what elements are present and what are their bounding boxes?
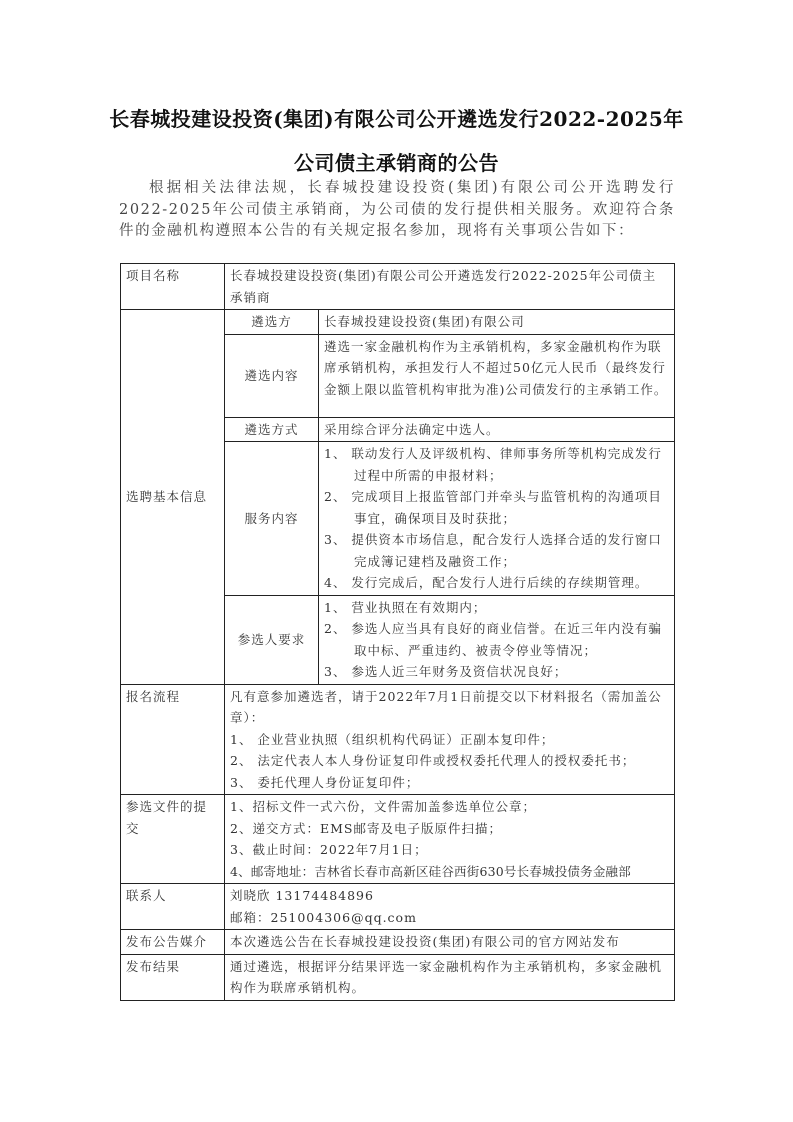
value-project-name: 长春城投建设投资(集团)有限公司公开遴选发行2022-2025年公司债主承销商 [225, 264, 675, 310]
registration-intro: 凡有意参加遴选者，请于2022年7月1日前提交以下材料报名（需加盖公章）： [230, 686, 669, 729]
label-basic-info: 选聘基本信息 [121, 310, 225, 685]
row-project-name: 项目名称 长春城投建设投资(集团)有限公司公开遴选发行2022-2025年公司债… [121, 264, 675, 310]
row-contact: 联系人 刘晓欣 13174484896 邮箱：251004306@qq.com [121, 884, 675, 930]
row-media: 发布公告媒介 本次遴选公告在长春城投建设投资(集团)有限公司的官方网站发布 [121, 930, 675, 955]
label-registration: 报名流程 [121, 684, 225, 795]
document-title-line-2: 公司债主承销商的公告 [0, 147, 793, 176]
value-result: 通过遴选，根据评分结果评选一家金融机构作为主承销机构，多家金融机构作为联席承销机… [225, 954, 675, 1000]
value-submission: 1、招标文件一式六份，文件需加盖参选单位公章； 2、递交方式：EMS邮寄及电子版… [225, 795, 675, 884]
service-item: 4、 发行完成后，配合发行人进行后续的存续期管理。 [324, 572, 669, 594]
row-selector: 选聘基本信息 遴选方 长春城投建设投资(集团)有限公司 [121, 310, 675, 335]
value-selection-method: 采用综合评分法确定中选人。 [319, 417, 675, 442]
submission-item: 4、邮寄地址：吉林省长春市高新区硅谷西街630号长春城投债务金融部 [230, 861, 669, 883]
row-result: 发布结果 通过遴选，根据评分结果评选一家金融机构作为主承销机构，多家金融机构作为… [121, 954, 675, 1000]
document-title-line-1: 长春城投建设投资(集团)有限公司公开遴选发行2022-2025年 [0, 103, 793, 132]
label-selector: 遴选方 [225, 310, 319, 335]
registration-item: 3、 委托代理人身份证复印件； [230, 772, 669, 794]
submission-item: 1、招标文件一式六份，文件需加盖参选单位公章； [230, 796, 669, 818]
announcement-table: 项目名称 长春城投建设投资(集团)有限公司公开遴选发行2022-2025年公司债… [120, 263, 675, 1001]
registration-item: 1、 企业营业执照（组织机构代码证）正副本复印件； [230, 729, 669, 751]
label-project-name: 项目名称 [121, 264, 225, 310]
service-item: 3、 提供资本市场信息，配合发行人选择合适的发行窗口完成簿记建档及融资工作； [324, 529, 669, 572]
value-service-content: 1、 联动发行人及评级机构、律师事务所等机构完成发行过程中所需的申报材料； 2、… [319, 442, 675, 596]
service-item: 1、 联动发行人及评级机构、律师事务所等机构完成发行过程中所需的申报材料； [324, 443, 669, 486]
label-media: 发布公告媒介 [121, 930, 225, 955]
label-selection-content: 遴选内容 [225, 334, 319, 417]
contact-email[interactable]: 邮箱：251004306@qq.com [230, 907, 669, 929]
value-contact: 刘晓欣 13174484896 邮箱：251004306@qq.com [225, 884, 675, 930]
value-selector: 长春城投建设投资(集团)有限公司 [319, 310, 675, 335]
contact-name-phone: 刘晓欣 13174484896 [230, 885, 669, 907]
submission-item: 3、截止时间：2022年7月1日； [230, 839, 669, 861]
value-registration: 凡有意参加遴选者，请于2022年7月1日前提交以下材料报名（需加盖公章）： 1、… [225, 684, 675, 795]
submission-item: 2、递交方式：EMS邮寄及电子版原件扫描； [230, 818, 669, 840]
label-contact: 联系人 [121, 884, 225, 930]
row-registration: 报名流程 凡有意参加遴选者，请于2022年7月1日前提交以下材料报名（需加盖公章… [121, 684, 675, 795]
label-service-content: 服务内容 [225, 442, 319, 596]
value-media: 本次遴选公告在长春城投建设投资(集团)有限公司的官方网站发布 [225, 930, 675, 955]
row-submission: 参选文件的提交 1、招标文件一式六份，文件需加盖参选单位公章； 2、递交方式：E… [121, 795, 675, 884]
requirement-item: 2、 参选人应当具有良好的商业信誉。在近三年内没有骗取中标、严重违约、被责令停业… [324, 618, 669, 661]
registration-item: 2、 法定代表人本人身份证复印件或授权委托代理人的授权委托书； [230, 750, 669, 772]
intro-paragraph: 根据相关法律法规，长春城投建设投资(集团)有限公司公开选聘发行2022-2025… [119, 178, 675, 243]
value-selection-content: 遴选一家金融机构作为主承销机构，多家金融机构作为联席承销机构，承担发行人不超过5… [319, 334, 675, 417]
label-result: 发布结果 [121, 954, 225, 1000]
service-item: 2、 完成项目上报监管部门并牵头与监管机构的沟通项目事宜，确保项目及时获批； [324, 486, 669, 529]
requirement-item: 1、 营业执照在有效期内； [324, 597, 669, 619]
value-applicant-requirements: 1、 营业执照在有效期内； 2、 参选人应当具有良好的商业信誉。在近三年内没有骗… [319, 595, 675, 684]
label-submission: 参选文件的提交 [121, 795, 225, 884]
label-applicant-requirements: 参选人要求 [225, 595, 319, 684]
requirement-item: 3、 参选人近三年财务及资信状况良好； [324, 661, 669, 683]
label-selection-method: 遴选方式 [225, 417, 319, 442]
